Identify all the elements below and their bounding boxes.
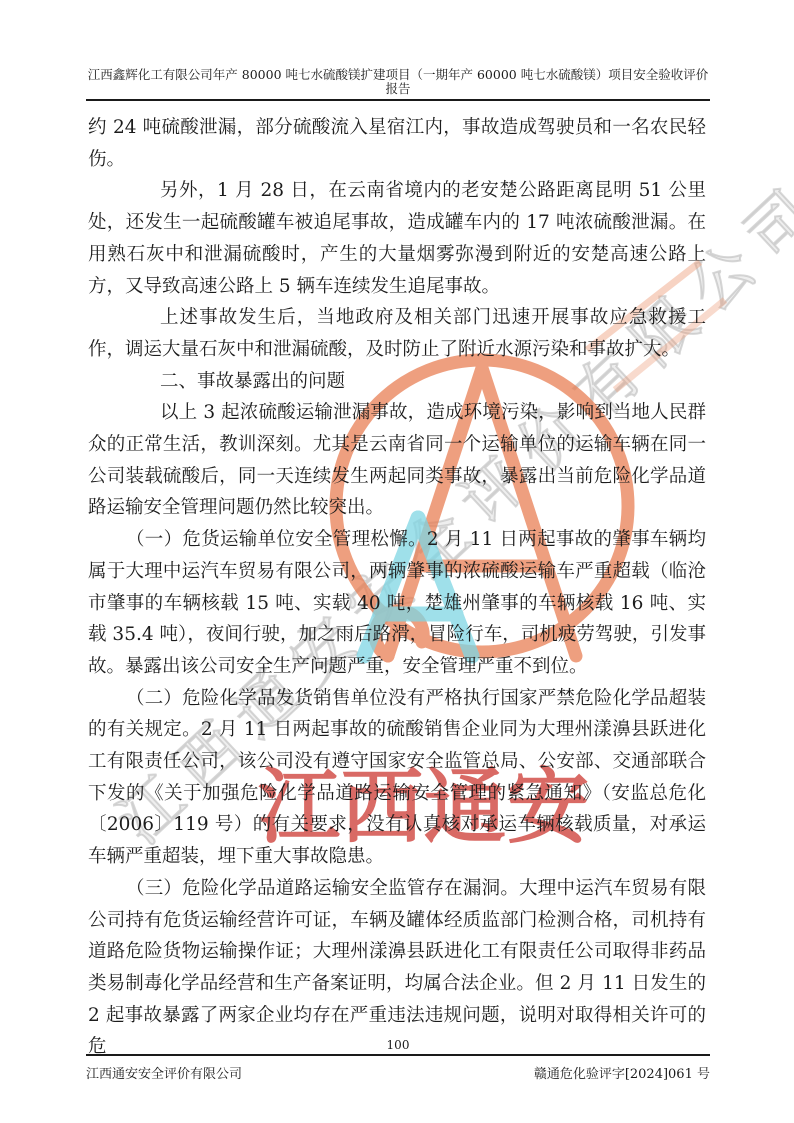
- footer-company-name: 江西通安安全评价有限公司: [86, 1063, 242, 1082]
- paragraph: 以上 3 起浓硫酸运输泄漏事故，造成环境污染，影响到当地人民群众的正常生活，教训…: [88, 397, 706, 524]
- page-header: 江西鑫辉化工有限公司年产 80000 吨七水硫酸镁扩建项目（一期年产 60000…: [86, 0, 710, 101]
- paragraph-continuation: 约 24 吨硫酸泄漏，部分硫酸流入星宿江内，事故造成驾驶员和一名农民轻伤。: [88, 112, 706, 175]
- document-body: 约 24 吨硫酸泄漏，部分硫酸流入星宿江内，事故造成驾驶员和一名农民轻伤。 另外…: [88, 112, 706, 1063]
- page-number: 100: [86, 1038, 710, 1054]
- paragraph-item-2: （二）危险化学品发货销售单位没有严格执行国家严禁危险化学品超装的有关规定。2 月…: [88, 683, 706, 873]
- paragraph: 上述事故发生后，当地政府及相关部门迅速开展事故应急救援工作，调运大量石灰中和泄漏…: [88, 302, 706, 365]
- footer-doc-number: 赣通危化验评字[2024]061 号: [534, 1063, 710, 1082]
- page-footer: 100 江西通安安全评价有限公司 赣通危化验评字[2024]061 号: [86, 1038, 710, 1082]
- section-heading: 二、事故暴露出的问题: [88, 366, 706, 398]
- paragraph: 另外，1 月 28 日，在云南省境内的老安楚公路距离昆明 51 公里处，还发生一…: [88, 175, 706, 302]
- report-title: 江西鑫辉化工有限公司年产 80000 吨七水硫酸镁扩建项目（一期年产 60000…: [86, 0, 710, 101]
- paragraph-item-1: （一）危货运输单位安全管理松懈。2 月 11 日两起事故的肇事车辆均属于大理中运…: [88, 524, 706, 683]
- paragraph-item-3: （三）危险化学品道路运输安全监管存在漏洞。大理中运汽车贸易有限公司持有危货运输经…: [88, 873, 706, 1063]
- report-page: 江西通安安全评价有限公司 江西通安 江西鑫辉化工有限公司年产 80000: [0, 0, 794, 1123]
